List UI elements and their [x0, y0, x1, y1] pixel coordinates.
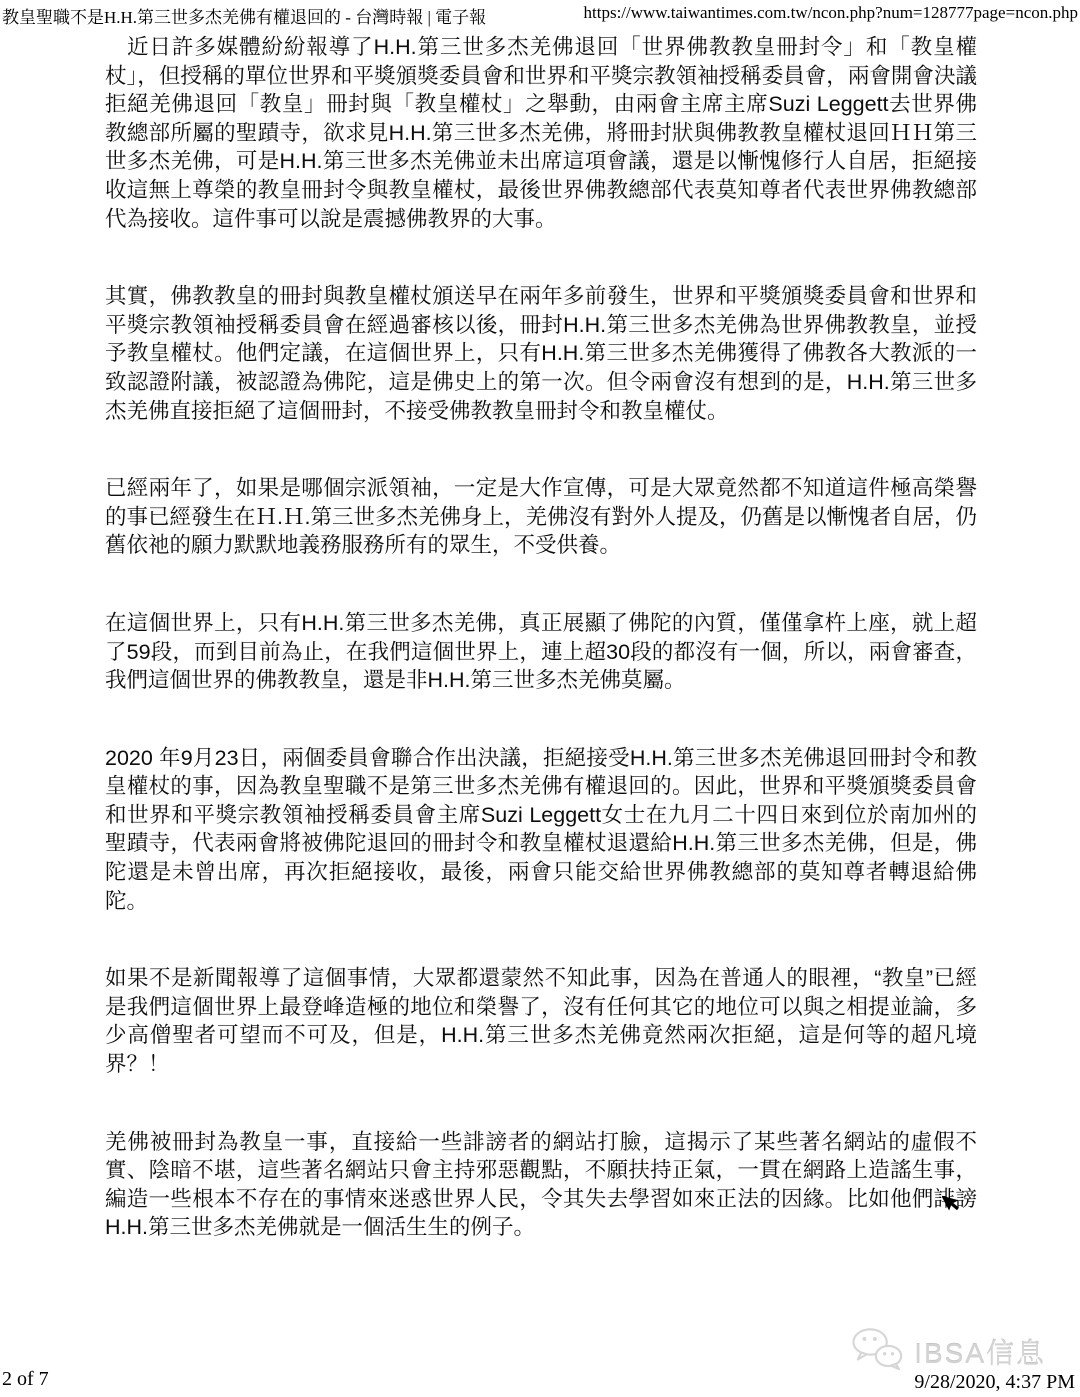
article-paragraph: 羌佛被冊封為教皇一事，直接給一些誹謗者的網站打臉，這揭示了某些著名網站的虛假不實…	[105, 1128, 977, 1242]
watermark: IBSA信息	[850, 1327, 1046, 1376]
article-body: 近日許多媒體紛紛報導了H.H.第三世多杰羌佛退回「世界佛教教皇冊封令」和「教皇權…	[105, 33, 977, 1291]
article-paragraph: 2020 年9月23日，兩個委員會聯合作出決議，拒絕接受H.H.第三世多杰羌佛退…	[105, 744, 977, 916]
page-number: 2 of 7	[2, 1368, 49, 1391]
article-paragraph: 近日許多媒體紛紛報導了H.H.第三世多杰羌佛退回「世界佛教教皇冊封令」和「教皇權…	[105, 33, 977, 233]
wechat-icon	[850, 1327, 906, 1376]
watermark-label: IBSA信息	[914, 1332, 1046, 1372]
print-timestamp: 9/28/2020, 4:37 PM	[914, 1371, 1075, 1394]
page-title: 教皇聖職不是H.H.第三世多杰羌佛有權退回的 - 台灣時報 | 電子報	[2, 3, 486, 28]
page-url: https://www.taiwantimes.com.tw/ncon.php?…	[584, 3, 1078, 23]
printed-article-page: 教皇聖職不是H.H.第三世多杰羌佛有權退回的 - 台灣時報 | 電子報 http…	[0, 0, 1080, 1397]
article-paragraph: 如果不是新聞報導了這個事情，大眾都還蒙然不知此事，因為在普通人的眼裡，“教皇”已…	[105, 964, 977, 1078]
article-paragraph: 其實，佛教教皇的冊封與教皇權杖頒送早在兩年多前發生，世界和平獎頒獎委員會和世界和…	[105, 282, 977, 425]
mouse-cursor-icon	[942, 1191, 962, 1215]
article-paragraph: 已經兩年了，如果是哪個宗派領袖，一定是大作宣傳，可是大眾竟然都不知道這件極高榮譽…	[105, 474, 977, 560]
print-header: 教皇聖職不是H.H.第三世多杰羌佛有權退回的 - 台灣時報 | 電子報 http…	[0, 0, 1080, 28]
article-paragraph: 在這個世界上，只有H.H.第三世多杰羌佛，真正展顯了佛陀的內質，僅僅拿杵上座，就…	[105, 609, 977, 695]
